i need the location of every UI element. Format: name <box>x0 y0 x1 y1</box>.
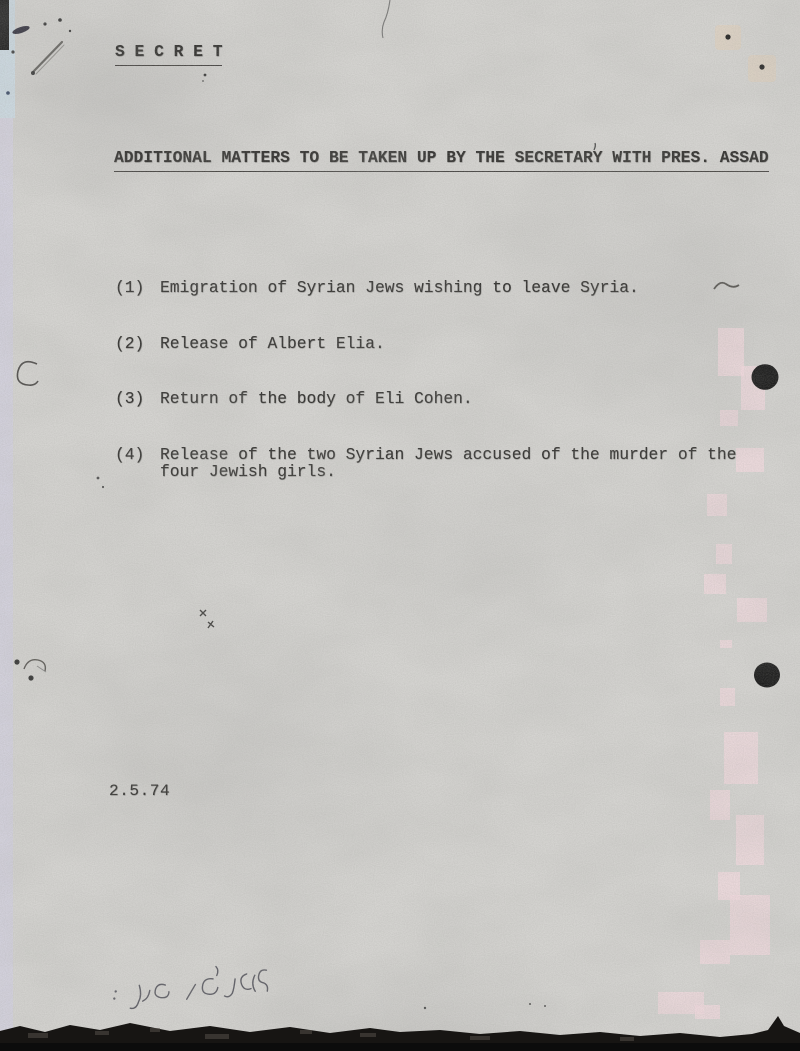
top-left-scan-edge <box>0 0 9 50</box>
pink-stain <box>704 574 726 594</box>
pink-stain <box>716 544 732 564</box>
list-item-number: (2) <box>115 335 160 352</box>
scan-specks-bottom <box>424 1003 546 1009</box>
classification-marking: S E C R E T <box>115 42 222 61</box>
document-title-text: ADDITIONAL MATTERS TO BE TAKEN UP BY THE… <box>114 148 769 172</box>
pink-stain <box>707 494 727 516</box>
hebrew-handwriting-note <box>111 962 269 1010</box>
document-title: ADDITIONAL MATTERS TO BE TAKEN UP BY THE… <box>114 148 769 167</box>
list-item-text: Return of the body of Eli Cohen. <box>160 390 745 407</box>
list-item-number: (1) <box>115 279 160 296</box>
classification-text: S E C R E T <box>115 42 222 66</box>
list-item: (3) Return of the body of Eli Cohen. <box>115 390 745 407</box>
list-item-text: Emigration of Syrian Jews wishing to lea… <box>160 279 745 296</box>
document-date: 2.5.74 <box>109 782 170 800</box>
pencil-dot-under-classification <box>202 74 206 82</box>
list-item-text: Release of the two Syrian Jews accused o… <box>160 446 745 480</box>
pin-hole-marks-top-right <box>715 25 776 82</box>
black-punch-dot-lower <box>754 663 780 688</box>
pencil-scribble-top-left <box>6 18 71 95</box>
scan-hairline-mark <box>382 0 390 38</box>
pink-stain <box>720 688 735 706</box>
pencil-c-mark-left-margin <box>17 362 38 386</box>
left-edge-lavender-tint <box>0 118 13 1033</box>
pink-stain <box>737 598 767 622</box>
list-item: (2) Release of Albert Elia. <box>115 335 745 352</box>
pink-stain <box>720 410 738 426</box>
pink-stain <box>710 790 730 820</box>
list-item-number: (3) <box>115 390 160 407</box>
pencil-marks-mid-page <box>200 610 214 628</box>
pink-stain <box>695 1005 720 1019</box>
pink-stain <box>724 732 758 784</box>
pink-stain <box>658 992 704 1014</box>
list-item-number: (4) <box>115 446 160 480</box>
pink-stain <box>700 940 730 964</box>
pink-stain <box>720 640 732 648</box>
pencil-dots-below-list <box>97 477 105 489</box>
pink-stain <box>736 815 764 865</box>
pink-stain <box>730 895 770 955</box>
pencil-scribble-left-mid <box>14 659 46 680</box>
bottom-scan-edge-strip <box>0 1016 800 1051</box>
list-item-text: Release of Albert Elia. <box>160 335 745 352</box>
list-item: (1) Emigration of Syrian Jews wishing to… <box>115 279 745 296</box>
pink-stain <box>718 872 740 900</box>
black-punch-dot-upper <box>752 364 779 390</box>
scanned-document-page: S E C R E T ADDITIONAL MATTERS TO BE TAK… <box>0 0 800 1051</box>
list-item: (4) Release of the two Syrian Jews accus… <box>115 446 745 480</box>
